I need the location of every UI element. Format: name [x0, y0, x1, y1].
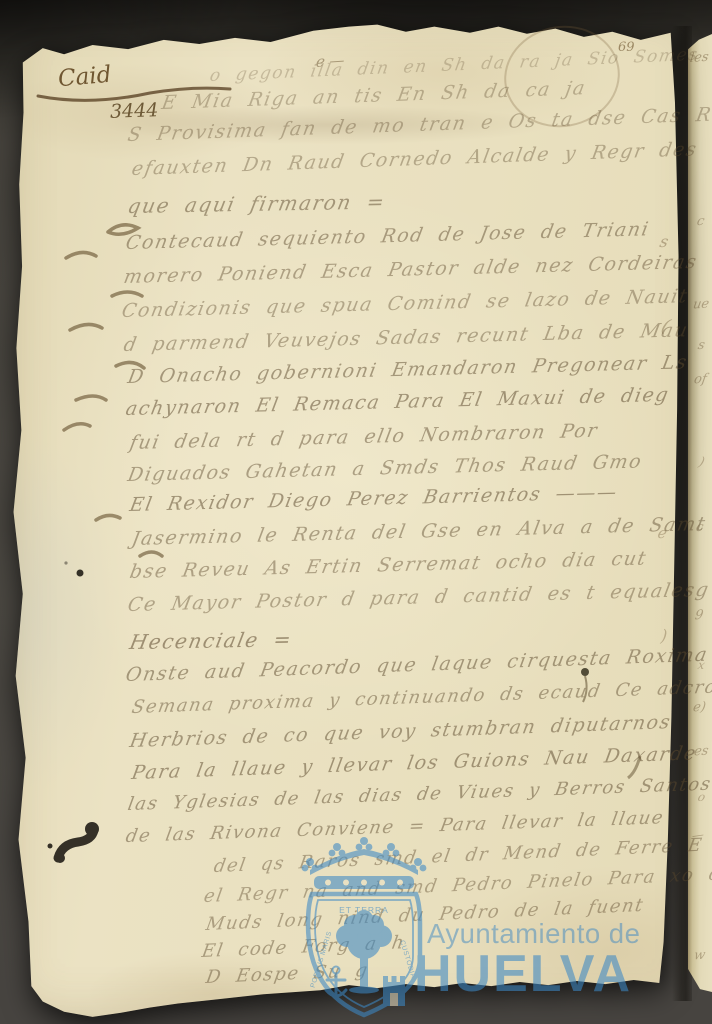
manuscript-line: Hecenciale = — [128, 627, 295, 654]
call-word: Caid — [57, 62, 112, 93]
scan-stage: les –cuesof)c9xe)eso—w — [0, 0, 712, 1024]
inventory-number: 3444 — [110, 99, 159, 123]
manuscript-line: Diguados Gahetan a Smds Thos Raud Gmo — [126, 450, 644, 486]
manuscript-line: D Eospe Su g — [204, 960, 370, 988]
manuscript-line: D Onacho gobernioni Emandaron Pregonear … — [126, 351, 690, 388]
manuscript-line: fui dela rt d para ello Nombraron Por — [128, 420, 600, 454]
manuscript-line: Condizionis que spua Comind se lazo de N… — [120, 285, 690, 322]
manuscript-line: El Rexidor Diego Perez Barrientos ——— — [128, 481, 620, 516]
margin-glyph: ) — [660, 626, 668, 646]
manuscript-line: Ce Mayor Postor d para d cantid es t equ… — [126, 579, 712, 616]
manuscript-line: achynaron El Remaca Para El Maxui de die… — [124, 384, 671, 420]
margin-glyph: s — [658, 232, 670, 251]
manuscript-line: que aqui firmaron = — [126, 189, 388, 218]
manuscript-line: Contecaud sequiento Rod de Jose de Trian… — [124, 218, 651, 254]
margin-glyph: e — — [315, 51, 346, 71]
manuscript-line: Jasermino le Renta del Gse en Alva a de … — [130, 513, 708, 550]
manuscript-line: bse Reveu As Ertin Serremat ocho dia cut — [128, 547, 649, 583]
manuscript-text-layer: Caid 3444 69 o gegon illa din en Sh da r… — [0, 0, 712, 1024]
manuscript-line: d parmend Veuvejos Sadas recunt Lba de M… — [122, 319, 690, 356]
manuscript-line: morero Poniend Esca Pastor alde nez Cord… — [122, 251, 700, 288]
manuscript-line: El code Forg a h — [200, 932, 407, 962]
manuscript-line: o gegon illa din en Sh da ra ja Sio Some… — [208, 40, 712, 86]
manuscript-line: efauxten Dn Raud Cornedo Alcalde y Regr … — [130, 138, 699, 180]
